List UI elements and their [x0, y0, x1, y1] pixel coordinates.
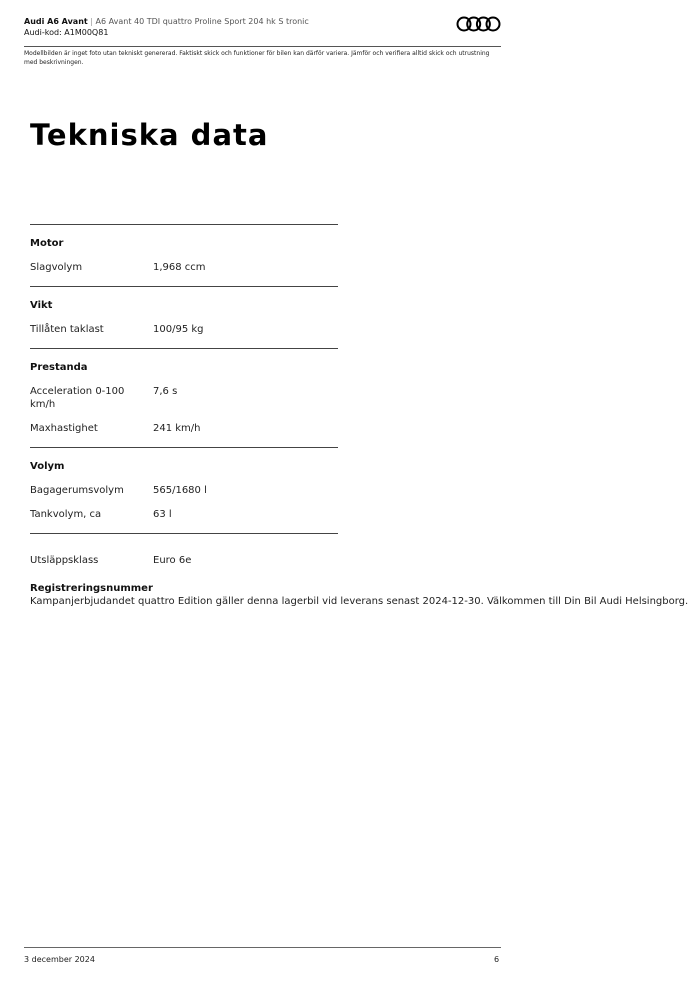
section-title-volym: Volym [30, 448, 338, 473]
page-title: Tekniska data [30, 118, 268, 152]
spec-value: 1,968 ccm [153, 261, 338, 274]
brand-model: Audi A6 Avant [24, 17, 88, 26]
header-divider [24, 46, 501, 47]
page-number: 6 [494, 955, 499, 964]
spec-value: 100/95 kg [153, 323, 338, 336]
spec-table: Motor Slagvolym 1,968 ccm Vikt Tillåten … [30, 224, 338, 567]
spec-row: Bagagerumsvolym 565/1680 l [30, 484, 338, 497]
spec-value: 241 km/h [153, 422, 338, 435]
spec-label: Maxhastighet [30, 422, 153, 435]
spec-row: Slagvolym 1,968 ccm [30, 261, 338, 274]
document-header: Audi A6 Avant | A6 Avant 40 TDI quattro … [24, 16, 501, 38]
footer-divider [24, 947, 501, 948]
footer-date: 3 december 2024 [24, 955, 95, 964]
registration-block: Registreringsnummer Kampanjerbjudandet q… [30, 582, 670, 608]
spec-label: Acceleration 0-100 km/h [30, 385, 130, 411]
spec-label: Tillåten taklast [30, 323, 153, 336]
section-title-motor: Motor [30, 225, 338, 250]
spec-value: 7,6 s [153, 385, 338, 411]
spec-value: Euro 6e [153, 554, 338, 567]
audi-rings-icon [456, 16, 501, 32]
section-divider [30, 533, 338, 534]
vehicle-title: Audi A6 Avant | A6 Avant 40 TDI quattro … [24, 16, 501, 27]
spec-value: 63 l [153, 508, 338, 521]
vehicle-variant: A6 Avant 40 TDI quattro Proline Sport 20… [96, 17, 309, 26]
spec-label: Slagvolym [30, 261, 153, 274]
spec-row: Tankvolym, ca 63 l [30, 508, 338, 521]
spec-row: Tillåten taklast 100/95 kg [30, 323, 338, 336]
spec-label: Utsläppsklass [30, 554, 153, 567]
spec-row: Maxhastighet 241 km/h [30, 422, 338, 435]
registration-title: Registreringsnummer [30, 582, 670, 595]
spec-value: 565/1680 l [153, 484, 338, 497]
spec-label: Tankvolym, ca [30, 508, 153, 521]
section-title-prestanda: Prestanda [30, 349, 338, 374]
section-title-vikt: Vikt [30, 287, 338, 312]
disclaimer: Modellbilden är inget foto utan tekniskt… [24, 49, 501, 67]
spec-row: Acceleration 0-100 km/h 7,6 s [30, 385, 338, 411]
registration-text: Kampanjerbjudandet quattro Edition gälle… [30, 595, 670, 608]
spec-label: Bagagerumsvolym [30, 484, 153, 497]
audi-code: Audi-kod: A1M00Q81 [24, 27, 501, 38]
emission-row: Utsläppsklass Euro 6e [30, 554, 338, 567]
title-separator: | [90, 17, 93, 26]
